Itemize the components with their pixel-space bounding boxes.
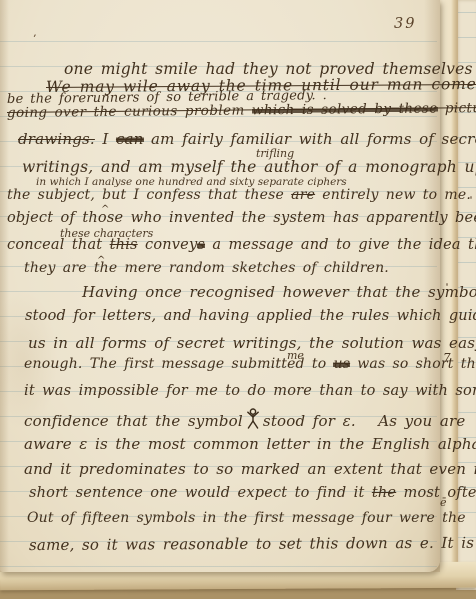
manuscript-line: stood for letters, and having applied th… <box>25 308 476 324</box>
struck-text: going over the curious problem <box>7 102 252 121</box>
manuscript-line: same, so it was reasonable to set this d… <box>29 534 474 554</box>
scribbled-text: us <box>333 356 350 372</box>
scribbled-text: can <box>116 130 144 148</box>
text: am fairly familiar with all forms of sec… <box>144 130 476 148</box>
dancing-man-icon <box>246 408 260 430</box>
manuscript-line: it was impossible for me to do more than… <box>24 383 476 399</box>
manuscript-photo: { "page": { "number": "39", "flourish": … <box>0 0 476 599</box>
text: I <box>95 130 116 148</box>
manuscript-line: us in all forms of secret writings, the … <box>28 334 476 352</box>
text: confidence that the symbol <box>24 412 243 430</box>
manuscript-line: and it predominates to so marked an exte… <box>24 460 476 478</box>
manuscript-line: enough. The first message submitted to u… <box>24 356 476 372</box>
manuscript-line: short sentence one would expect to find … <box>29 485 476 501</box>
scribbled-text: s <box>197 237 205 253</box>
manuscript-line: confidence that the symbolstood for ε. A… <box>24 408 465 430</box>
text: most often. <box>396 485 476 501</box>
text: short sentence one would expect to find … <box>29 485 372 501</box>
manuscript-line: drawings. I can am fairly familiar with … <box>18 130 476 148</box>
manuscript-line: Having once recognised however that the … <box>82 283 476 301</box>
manuscript-line: Out of fifteen symbols in the first mess… <box>27 510 466 526</box>
text: a message and to give the idea that <box>205 237 476 253</box>
page-number: 39 <box>394 16 416 32</box>
manuscript-line: conceal that this conveys a message and … <box>7 237 476 253</box>
manuscript-page: 39 ʹ one might smile had they not proved… <box>0 0 440 572</box>
struck-text: picture <box>438 100 476 117</box>
struck-text: drawings. <box>18 130 95 148</box>
manuscript-line: they are the mere random sketches of chi… <box>24 260 389 276</box>
page-left-shadow <box>0 0 9 572</box>
scribbled-text: which is solved by these <box>252 100 438 118</box>
text: convey <box>138 237 198 253</box>
text: conceal that <box>7 237 110 253</box>
manuscript-line: aware ε is the most common letter in the… <box>24 435 476 453</box>
text: was so short that <box>350 356 476 372</box>
struck-text: the <box>372 485 396 501</box>
manuscript-line: writings, and am myself the author of a … <box>22 158 476 176</box>
struck-text: this <box>110 237 138 253</box>
struck-text: are <box>291 187 315 203</box>
manuscript-line: the subject, but I confess that these ar… <box>7 187 476 203</box>
text: the subject, but I confess that these <box>7 187 291 203</box>
text: entirely new to me. The <box>315 187 476 203</box>
text: enough. The first message submitted to <box>24 356 333 372</box>
text: stood for ε. As you are <box>263 412 466 430</box>
manuscript-line: object of those who invented the system … <box>7 210 476 226</box>
